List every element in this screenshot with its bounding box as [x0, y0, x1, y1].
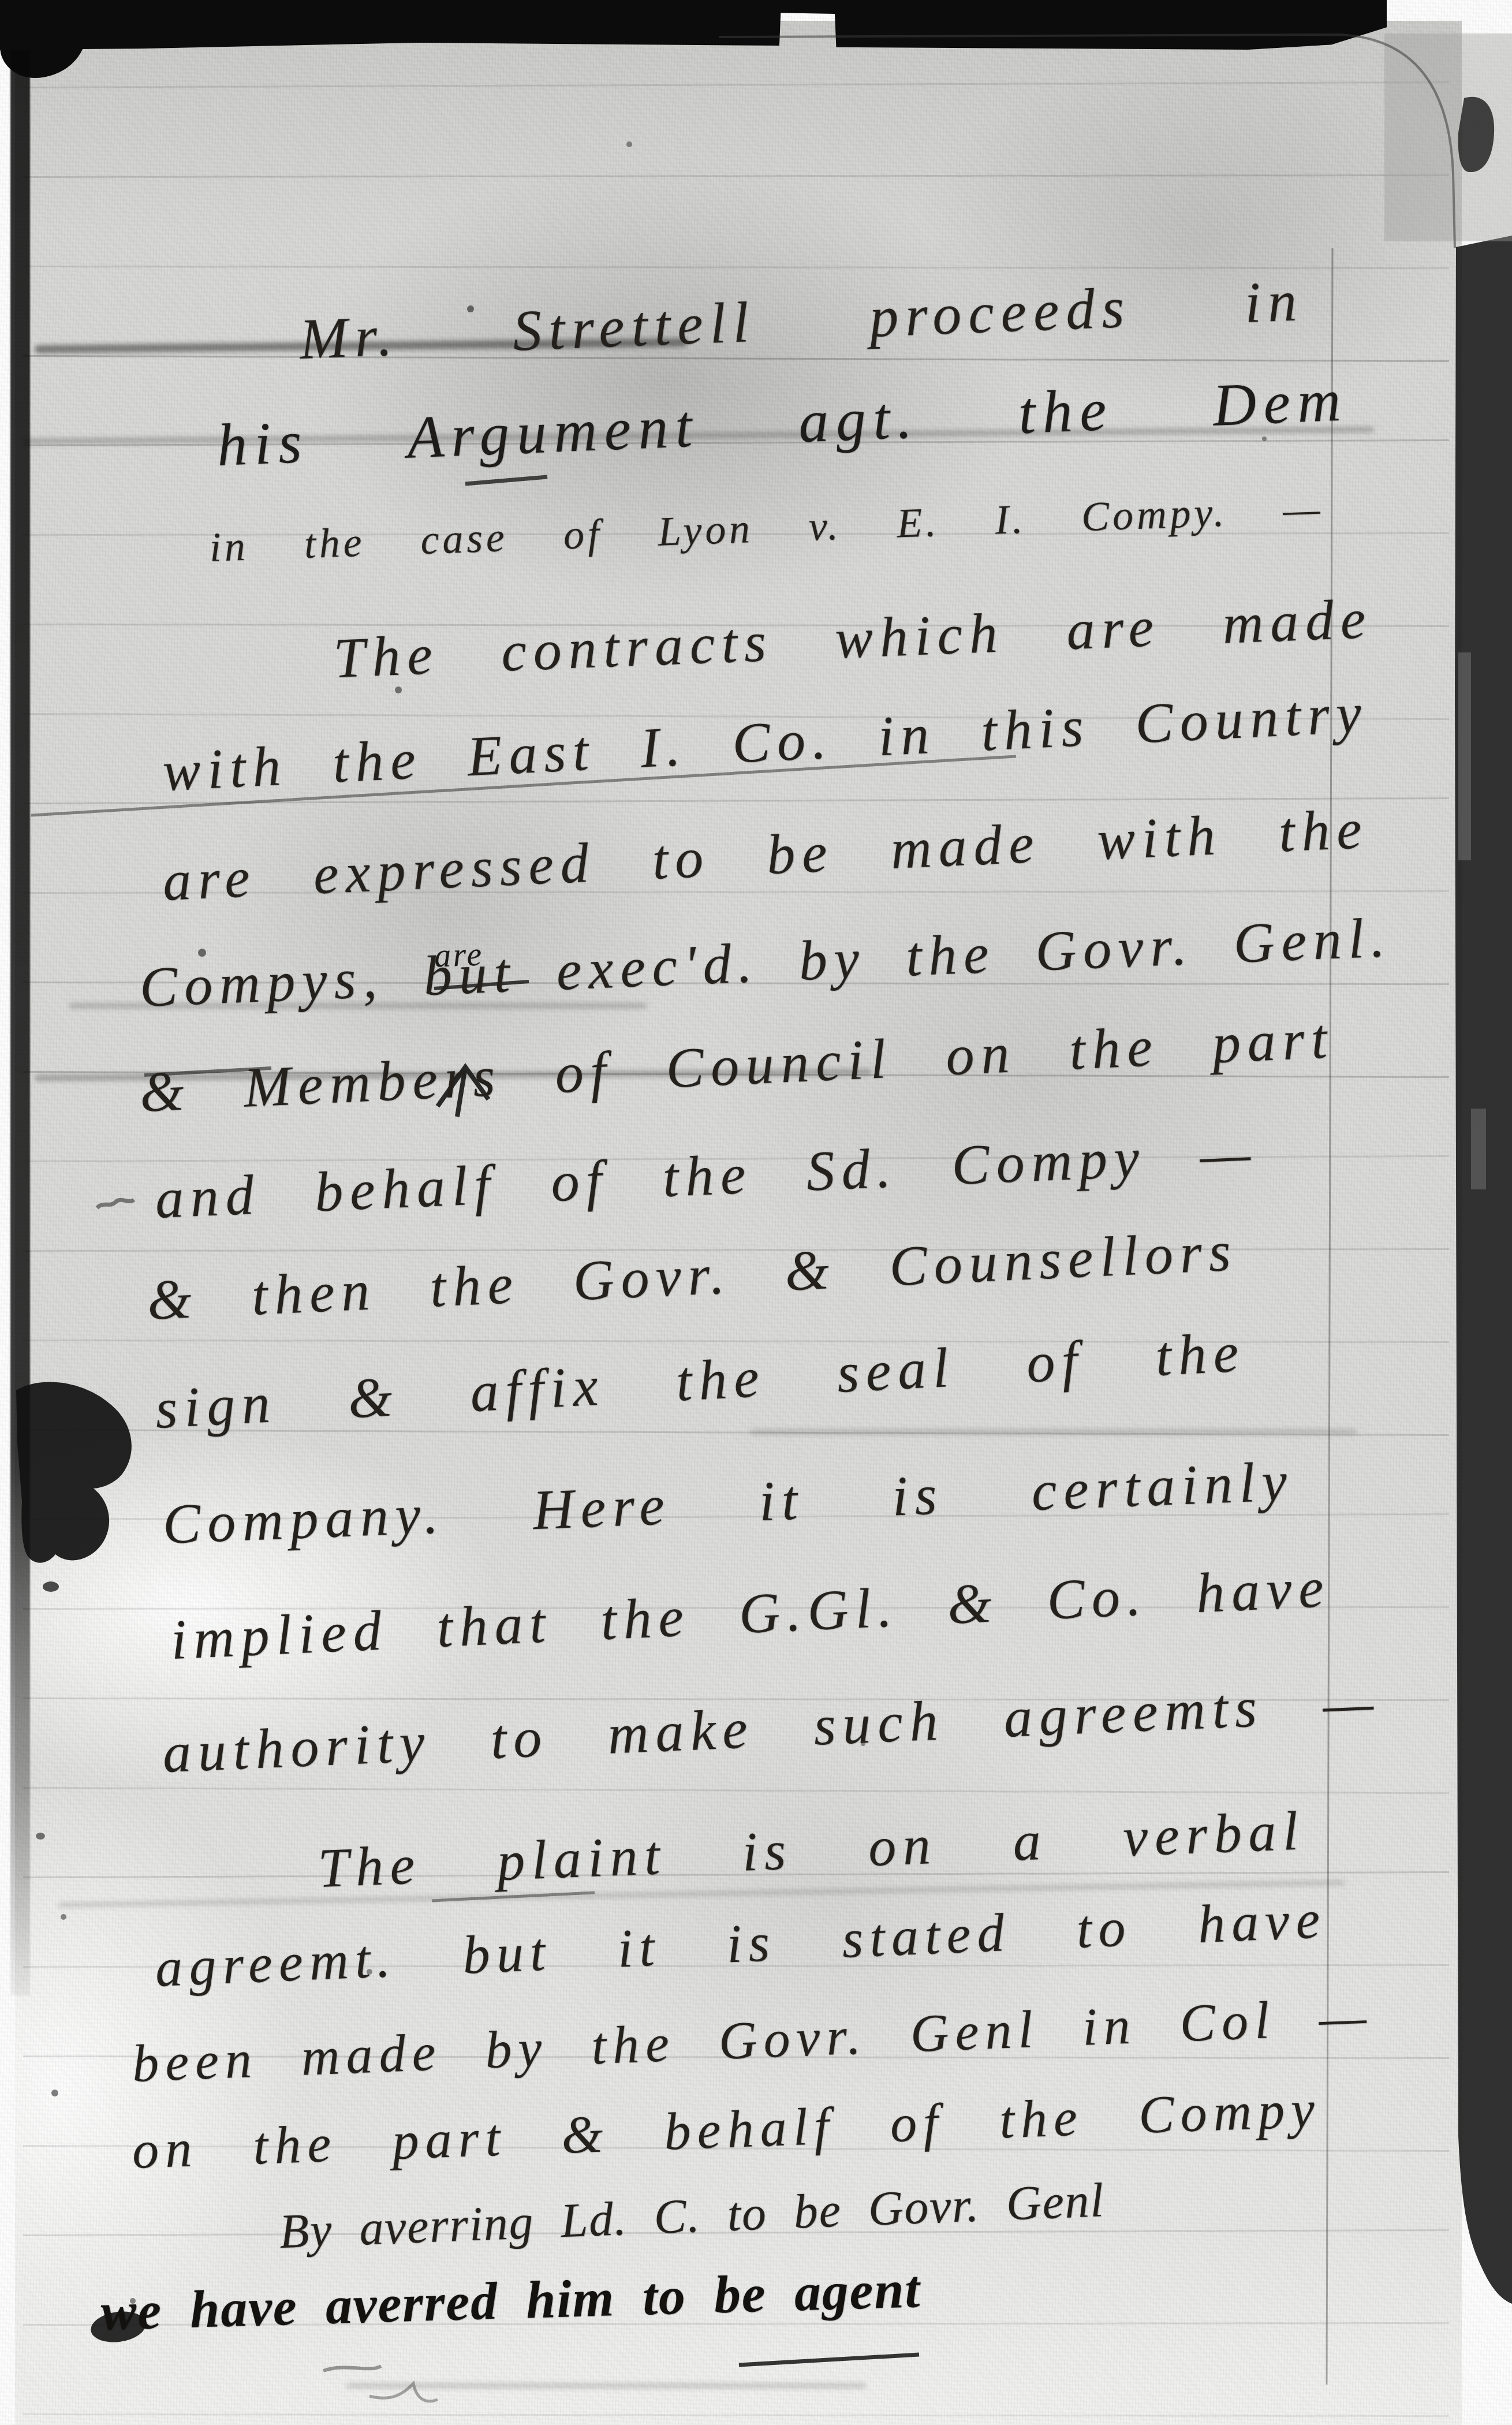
- stray-pen-stroke: [369, 2383, 438, 2401]
- inserted-word: are: [434, 935, 484, 975]
- scan-edge-right-highlight: [1471, 1109, 1486, 1189]
- ink-blot-small: [36, 1833, 45, 1840]
- page-corner-outline: [719, 35, 1455, 248]
- ink-blot-small: [43, 1581, 59, 1592]
- paper-speck: [61, 1914, 66, 1920]
- margin-rule-line: [1327, 248, 1332, 2385]
- paper-speck: [626, 141, 632, 147]
- scan-edge-right: [1455, 236, 1512, 2304]
- paper-speck: [51, 2090, 58, 2096]
- stray-pen-stroke: [323, 2366, 381, 2371]
- paper-speck: [1262, 436, 1267, 441]
- underline-stroke: [432, 1893, 595, 1901]
- scan-edge-right-highlight: [1458, 652, 1471, 860]
- manuscript-scan: Mr. Strettell proceeds in his Argument a…: [0, 0, 1512, 2425]
- underline-stroke: [739, 2355, 919, 2365]
- underline-stroke: [465, 477, 547, 484]
- ink-blot-leaf: [16, 1382, 132, 1563]
- stray-pen-stroke: [97, 1200, 134, 1208]
